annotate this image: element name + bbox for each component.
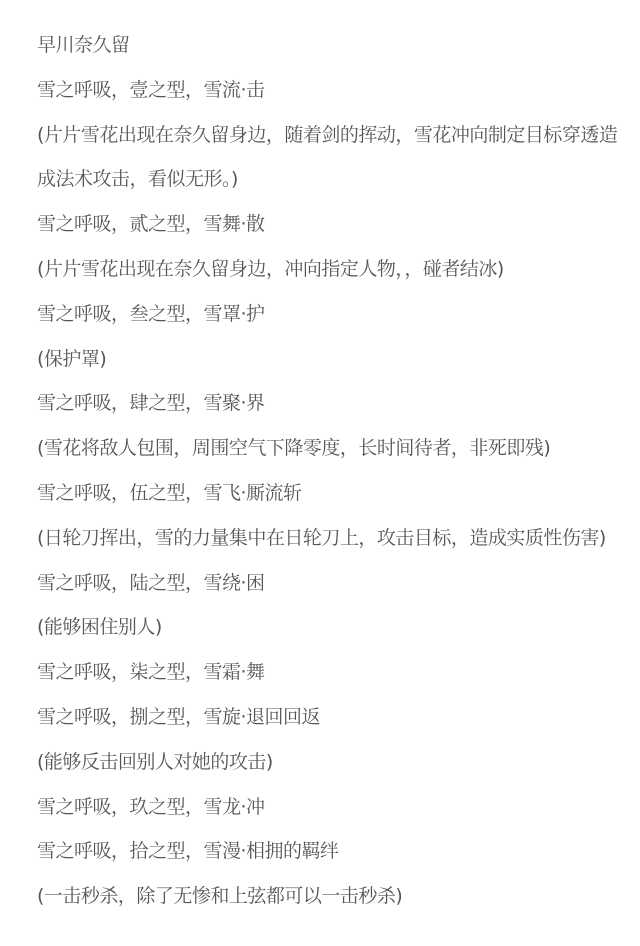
- form-description-8: (能够反击回别人对她的攻击): [37, 745, 620, 790]
- form-heading-8: 雪之呼吸，捌之型，雪旋·退回回返: [37, 700, 620, 745]
- form-heading-5: 雪之呼吸，伍之型，雪飞·厮流斩: [37, 476, 620, 521]
- form-heading-4: 雪之呼吸，肆之型，雪聚·界: [37, 386, 620, 431]
- form-heading-7: 雪之呼吸，柒之型，雪霜·舞: [37, 655, 620, 700]
- document-title: 早川奈久留: [37, 28, 620, 73]
- form-description-4: (雪花将敌人包围，周围空气下降零度，长时间待者，非死即残): [37, 431, 620, 476]
- form-description-2: (片片雪花出现在奈久留身边，冲向指定人物，，碰者结冰): [37, 252, 620, 297]
- form-heading-2: 雪之呼吸，贰之型，雪舞·散: [37, 207, 620, 252]
- form-heading-1: 雪之呼吸，壹之型，雪流·击: [37, 73, 620, 118]
- form-description-6: (能够困住别人): [37, 610, 620, 655]
- form-heading-3: 雪之呼吸，叁之型，雪罩·护: [37, 297, 620, 342]
- form-heading-9: 雪之呼吸，玖之型，雪龙·冲: [37, 790, 620, 835]
- document-body: 早川奈久留 雪之呼吸，壹之型，雪流·击 (片片雪花出现在奈久留身边，随着剑的挥动…: [37, 28, 620, 924]
- form-description-1b: 成法术攻击，看似无形。): [37, 162, 620, 207]
- form-heading-10: 雪之呼吸，拾之型，雪漫·相拥的羁绊: [37, 834, 620, 879]
- form-description-3: (保护罩): [37, 342, 620, 387]
- form-description-5: (日轮刀挥出，雪的力量集中在日轮刀上，攻击目标，造成实质性伤害): [37, 521, 620, 566]
- form-description-10: (一击秒杀，除了无惨和上弦都可以一击秒杀): [37, 879, 620, 924]
- form-description-1a: (片片雪花出现在奈久留身边，随着剑的挥动，雪花冲向制定目标穿透造: [37, 118, 620, 163]
- form-heading-6: 雪之呼吸，陆之型，雪绕·困: [37, 566, 620, 611]
